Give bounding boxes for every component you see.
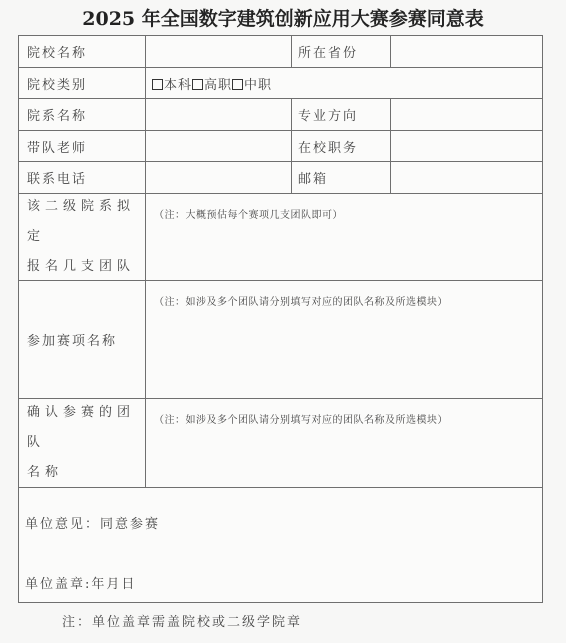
team-count-field[interactable]: （注：大概预估每个赛项几支团队即可） [146,194,542,280]
option-undergraduate[interactable]: 本科 [152,74,192,93]
row-department: 院系名称 专业方向 [19,99,542,131]
row-opinion: 单位意见：同意参赛 单位盖章:年月日 [19,488,542,604]
email-field[interactable] [391,162,542,193]
form-title: 2025 年全国数字建筑创新应用大赛参赛同意表 [0,4,566,31]
position-field[interactable] [391,131,542,161]
row-contact: 联系电话 邮箱 [19,162,542,194]
consent-form-table: 院校名称 所在省份 院校类别 本科 高职 中职 院系名称 专业方向 带队老师 在… [18,35,543,603]
checkbox-icon[interactable] [192,79,203,90]
row-teacher: 带队老师 在校职务 [19,131,542,162]
major-label: 专业方向 [292,99,391,130]
team-count-label-line2: 报名几支团队 [27,252,135,282]
seal-date-text: 单位盖章:年月日 [25,573,136,592]
row-team-names: 确认参赛的团队 名称 （注：如涉及多个团队请分别填写对应的团队名称及所选模块） [19,399,542,488]
teacher-field[interactable] [146,131,292,161]
team-count-label: 该二级院系拟定 报名几支团队 [19,194,146,280]
team-names-field[interactable]: （注：如涉及多个团队请分别填写对应的团队名称及所选模块） [146,399,542,487]
option-vocational-college-label: 高职 [204,78,232,93]
option-undergraduate-label: 本科 [164,78,192,93]
department-label: 院系名称 [19,99,146,130]
school-type-label: 院校类别 [19,68,146,98]
events-field[interactable]: （注：如涉及多个团队请分别填写对应的团队名称及所选模块） [146,281,542,398]
major-field[interactable] [391,99,542,130]
position-label: 在校职务 [292,131,391,161]
row-school-name: 院校名称 所在省份 [19,36,542,68]
option-vocational-college[interactable]: 高职 [192,74,232,93]
province-label: 所在省份 [292,36,391,67]
team-count-label-line1: 该二级院系拟定 [27,192,145,252]
option-secondary-vocational[interactable]: 中职 [232,74,272,93]
school-name-label: 院校名称 [19,36,146,67]
province-field[interactable] [391,36,542,67]
team-names-label-line2: 名称 [27,458,63,488]
team-names-label: 确认参赛的团队 名称 [19,399,146,487]
phone-field[interactable] [146,162,292,193]
events-note: （注：如涉及多个团队请分别填写对应的团队名称及所选模块） [154,293,448,308]
department-field[interactable] [146,99,292,130]
checkbox-icon[interactable] [152,79,163,90]
checkbox-icon[interactable] [232,79,243,90]
option-secondary-vocational-label: 中职 [244,78,272,93]
school-type-options: 本科 高职 中职 [146,68,542,98]
events-label: 参加赛项名称 [19,281,146,398]
row-events: 参加赛项名称 （注：如涉及多个团队请分别填写对应的团队名称及所选模块） [19,281,542,399]
team-names-label-line1: 确认参赛的团队 [27,398,145,458]
row-team-count: 该二级院系拟定 报名几支团队 （注：大概预估每个赛项几支团队即可） [19,194,542,281]
opinion-text: 单位意见：同意参赛 [25,513,160,532]
team-count-note: （注：大概预估每个赛项几支团队即可） [154,206,343,221]
team-names-note: （注：如涉及多个团队请分别填写对应的团队名称及所选模块） [154,411,448,426]
phone-label: 联系电话 [19,162,146,193]
footnote: 注：单位盖章需盖院校或二级学院章 [62,611,302,630]
email-label: 邮箱 [292,162,391,193]
teacher-label: 带队老师 [19,131,146,161]
school-name-field[interactable] [146,36,292,67]
row-school-type: 院校类别 本科 高职 中职 [19,68,542,99]
